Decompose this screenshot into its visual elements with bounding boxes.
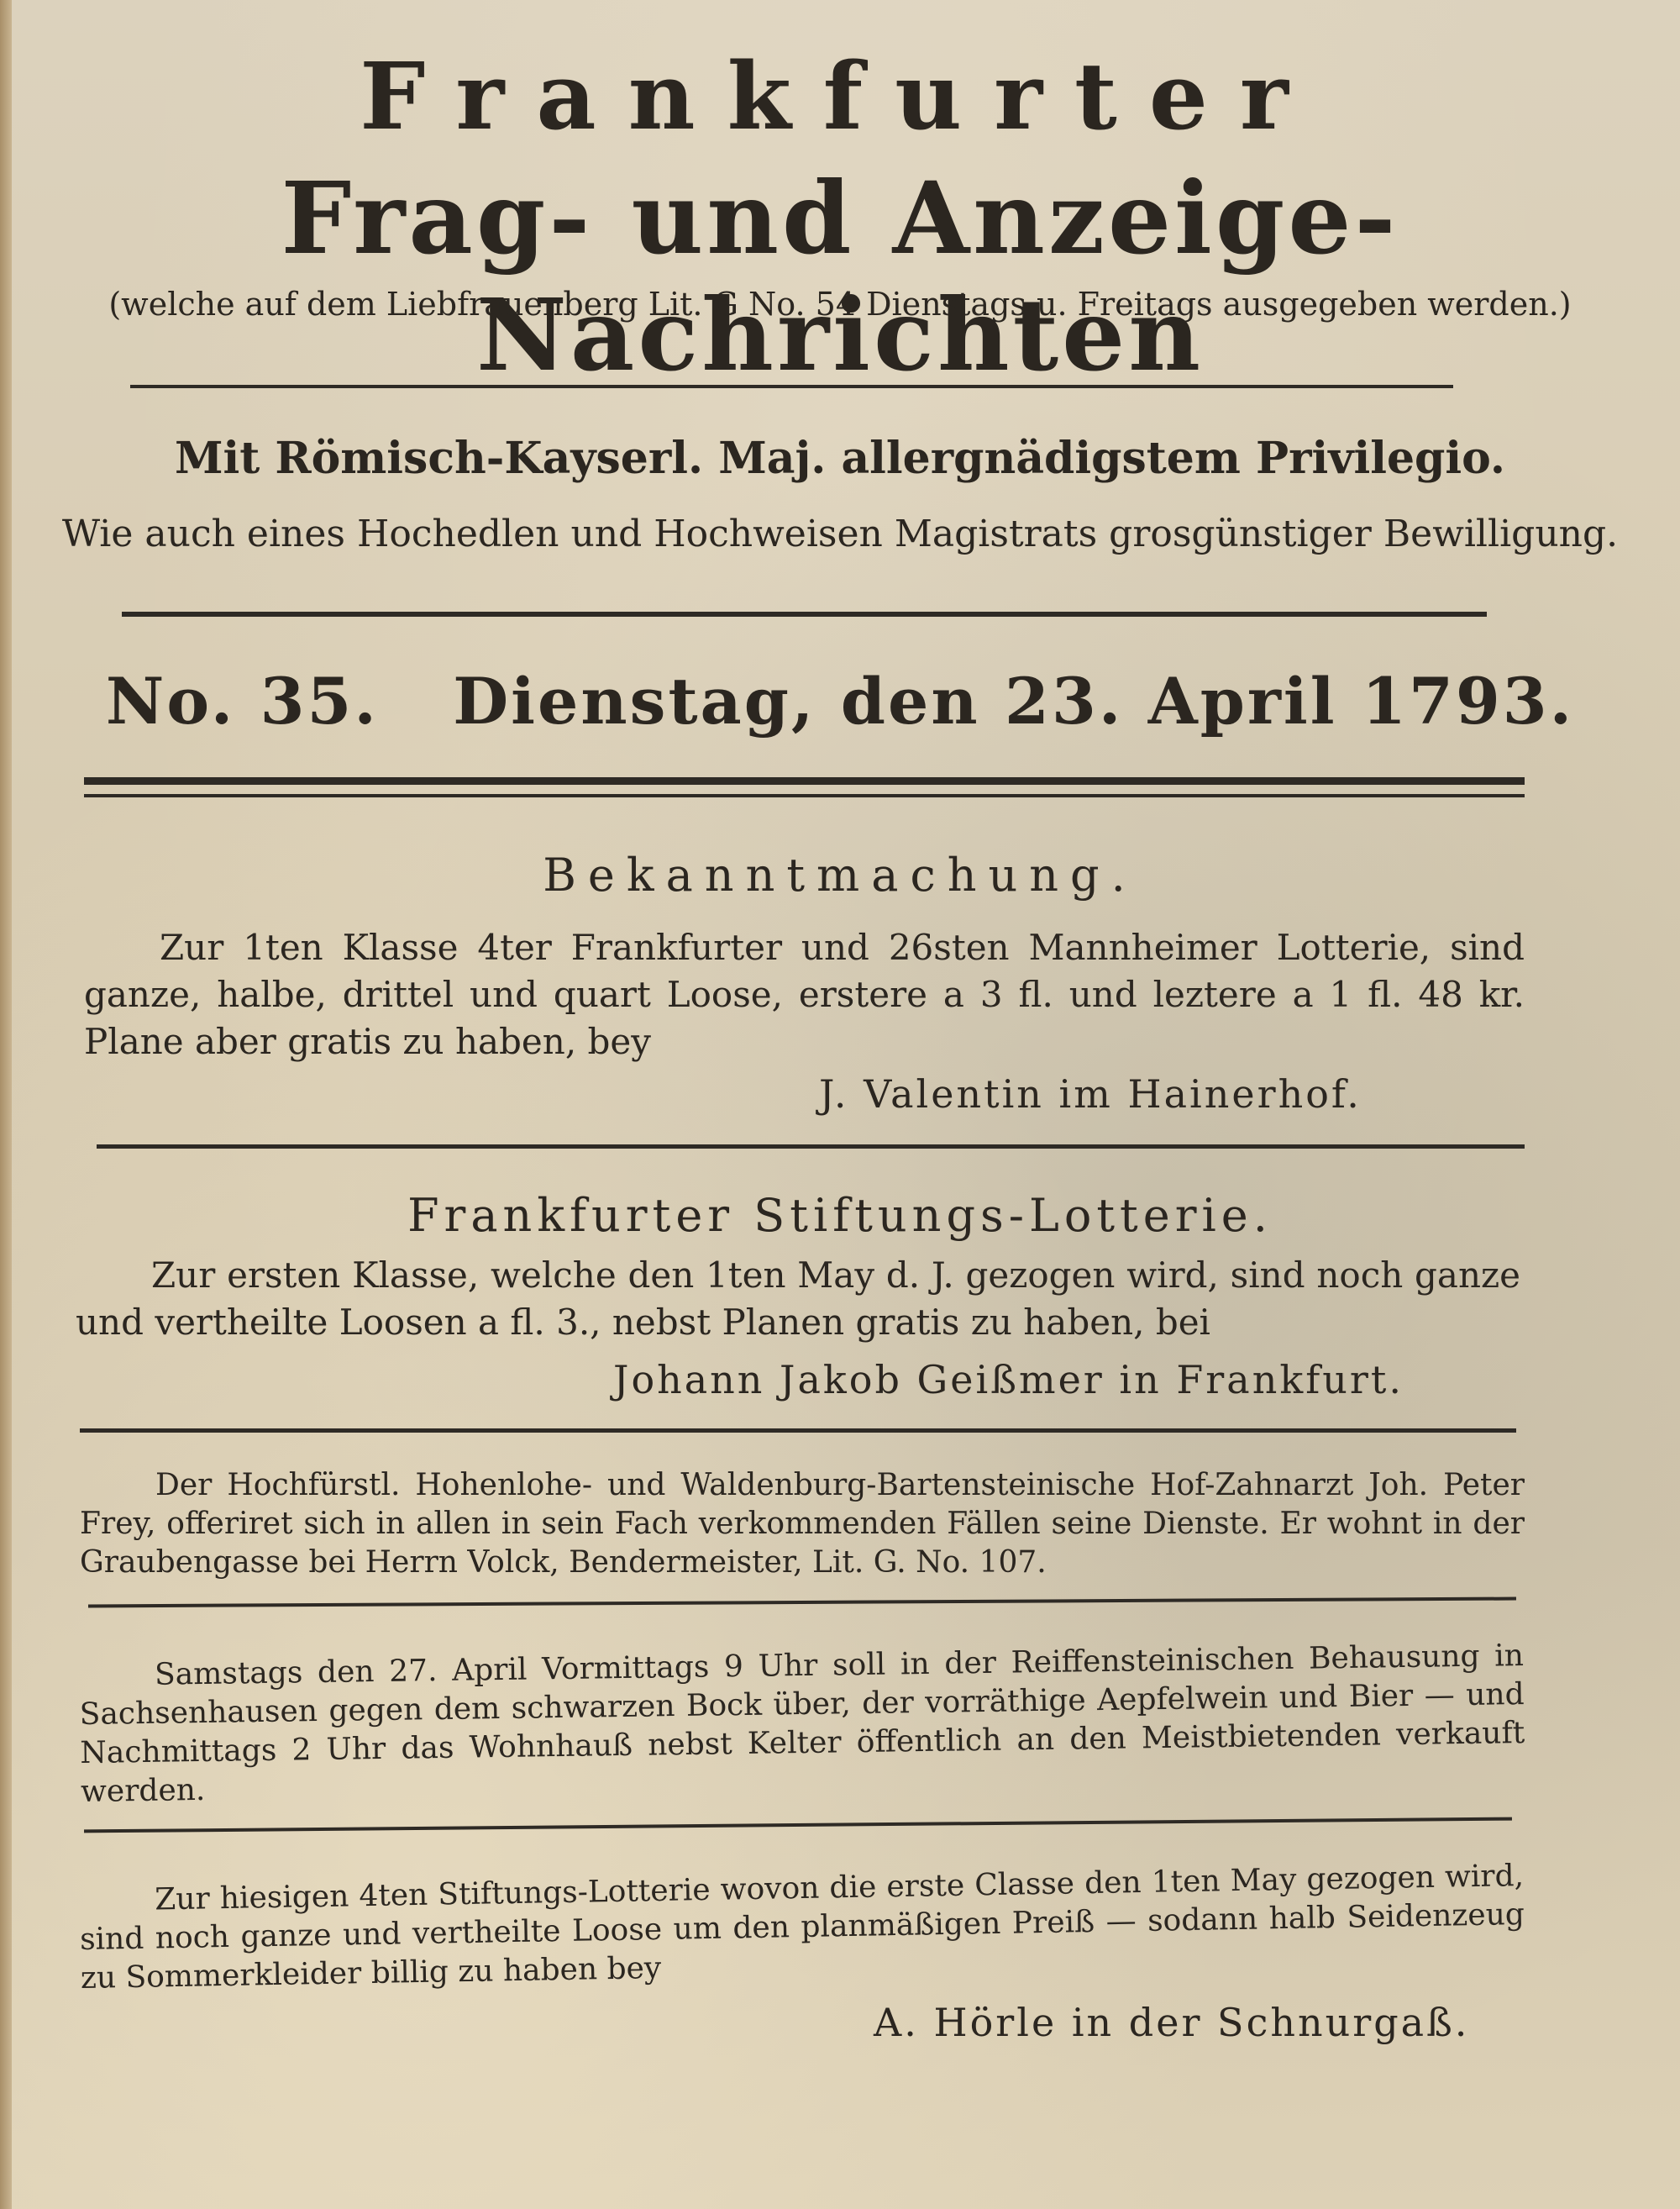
masthead-city: Frankfurter [0,42,1680,150]
divider-rule [80,1428,1516,1433]
divider-rule [130,385,1453,388]
masthead-subtitle: (welche auf dem Liebfrauenberg Lit. G No… [0,286,1680,323]
privilege-line-1: Mit Römisch-Kayserl. Maj. allergnädigste… [0,433,1680,484]
issue-number: No. 35. [106,664,379,739]
divider-rule [97,1144,1525,1149]
double-rule-top [84,777,1525,785]
notice-4-body: Samstags den 27. April Vormittags 9 Uhr … [79,1637,1525,1812]
notice-3-body: Der Hochfürstl. Hohenlohe- und Waldenbur… [80,1466,1525,1582]
issue-line: No. 35. Dienstag, den 23. April 1793. [0,664,1680,739]
newspaper-page: Frankfurter Frag- und Anzeige-Nachrichte… [0,0,1680,2209]
divider-rule [88,1597,1516,1608]
notice-1-body: Zur 1ten Klasse 4ter Frankfurter und 26s… [84,924,1525,1065]
issue-date: Dienstag, den 23. April 1793. [453,664,1574,739]
notice-1-title: Bekanntmachung. [0,849,1680,902]
notice-1-signature: J. Valentin im Hainerhof. [819,1071,1362,1117]
notice-2-title: Frankfurter Stiftungs-Lotterie. [0,1189,1680,1242]
privilege-line-2: Wie auch eines Hochedlen und Hochweisen … [0,513,1680,555]
notice-2-body: Zur ersten Klasse, welche den 1ten May d… [76,1252,1520,1346]
notice-5-signature: A. Hörle in der Schnurgaß. [874,2000,1469,2045]
masthead-title: Frag- und Anzeige-Nachrichten [0,160,1680,393]
divider-rule [122,612,1487,617]
notice-5-body: Zur hiesigen 4ten Stiftungs-Lotterie wov… [79,1857,1525,1998]
divider-rule [84,1817,1512,1833]
double-rule-bottom [84,794,1525,797]
notice-2-signature: Johann Jakob Geißmer in Frankfurt. [613,1357,1404,1402]
